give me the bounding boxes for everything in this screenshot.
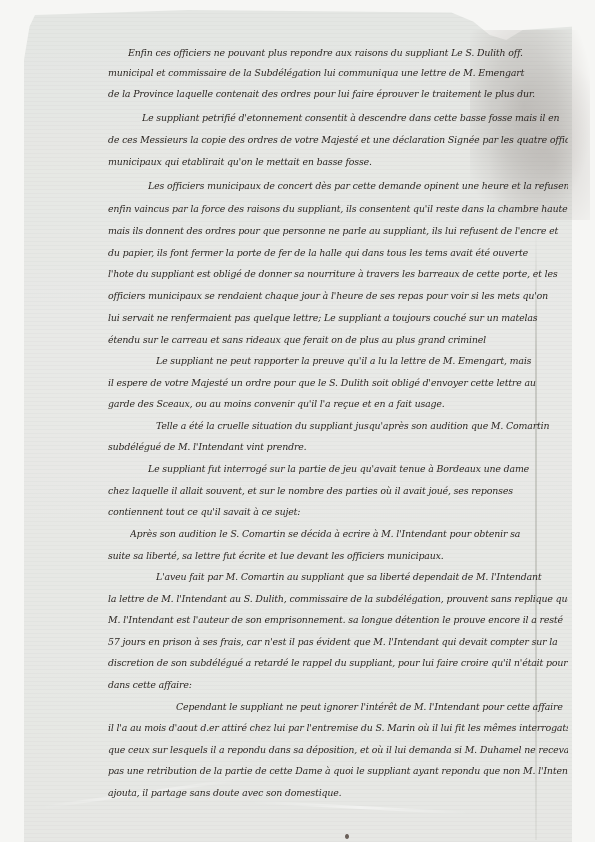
manuscript-line: Le suppliant petrifié d'etonnement conse… — [142, 113, 572, 124]
manuscript-line: il espere de votre Majesté un ordre pour… — [108, 378, 568, 389]
manuscript-line: du papier, ils font fermer la porte de f… — [108, 248, 568, 259]
manuscript-line: Enfin ces officiers ne pouvant plus repo… — [128, 48, 568, 59]
manuscript-line: pas une retribution de la partie de cett… — [108, 766, 568, 777]
manuscript-line: de la Province laquelle contenait des or… — [108, 89, 568, 100]
manuscript-line: municipaux qui etablirait qu'on le metta… — [108, 157, 568, 168]
manuscript-line: l'hote du suppliant est obligé de donner… — [108, 269, 568, 280]
manuscript-line: subdélégué de M. l'Intendant vint prendr… — [108, 442, 568, 453]
manuscript-line: dans cette affaire: — [108, 680, 568, 691]
manuscript-line: ajouta, il partage sans doute avec son d… — [108, 788, 568, 799]
manuscript-line: Le suppliant ne peut rapporter la preuve… — [156, 356, 568, 367]
manuscript-line: Le suppliant fut interrogé sur la partie… — [148, 464, 568, 475]
manuscript-line: M. l'Intendant est l'auteur de son empri… — [108, 615, 568, 626]
manuscript-line: contiennent tout ce qu'il savait à ce su… — [108, 507, 568, 518]
scanned-page: Enfin ces officiers ne pouvant plus repo… — [0, 0, 595, 842]
manuscript-line: de ces Messieurs la copie des ordres de … — [108, 135, 568, 146]
manuscript-line: mais ils donnent des ordres pour que per… — [108, 226, 568, 237]
manuscript-line: Après son audition le S. Comartin se déc… — [130, 529, 570, 540]
manuscript-line: 57 jours en prison à ses frais, car n'es… — [108, 637, 568, 648]
manuscript-line: officiers municipaux se rendaient chaque… — [108, 291, 568, 302]
manuscript-line: enfin vaincus par la force des raisons d… — [108, 204, 568, 215]
manuscript-line: que ceux sur lesquels il a repondu dans … — [108, 745, 568, 756]
manuscript-line: Cependant le suppliant ne peut ignorer l… — [176, 702, 568, 713]
manuscript-line: discretion de son subdélégué a retardé l… — [108, 658, 568, 669]
manuscript-line: L'aveu fait par M. Comartin au suppliant… — [156, 572, 568, 583]
manuscript-line: Telle a été la cruelle situation du supp… — [156, 421, 568, 432]
manuscript-line: étendu sur le carreau et sans rideaux qu… — [108, 335, 568, 346]
manuscript-line: suite sa liberté, sa lettre fut écrite e… — [108, 551, 568, 562]
manuscript-line: il l'a au mois d'aout d.er attiré chez l… — [108, 723, 568, 734]
manuscript-text: Enfin ces officiers ne pouvant plus repo… — [0, 0, 595, 842]
manuscript-line: la lettre de M. l'Intendant au S. Dulith… — [108, 594, 568, 605]
manuscript-line: municipal et commissaire de la Subdéléga… — [108, 68, 568, 79]
manuscript-line: chez laquelle il allait souvent, et sur … — [108, 486, 568, 497]
manuscript-line: garde des Sceaux, ou au moins convenir q… — [108, 399, 568, 410]
manuscript-line: lui servait ne renfermaient pas quelque … — [108, 313, 568, 324]
manuscript-line: Les officiers municipaux de concert dès … — [148, 181, 568, 192]
